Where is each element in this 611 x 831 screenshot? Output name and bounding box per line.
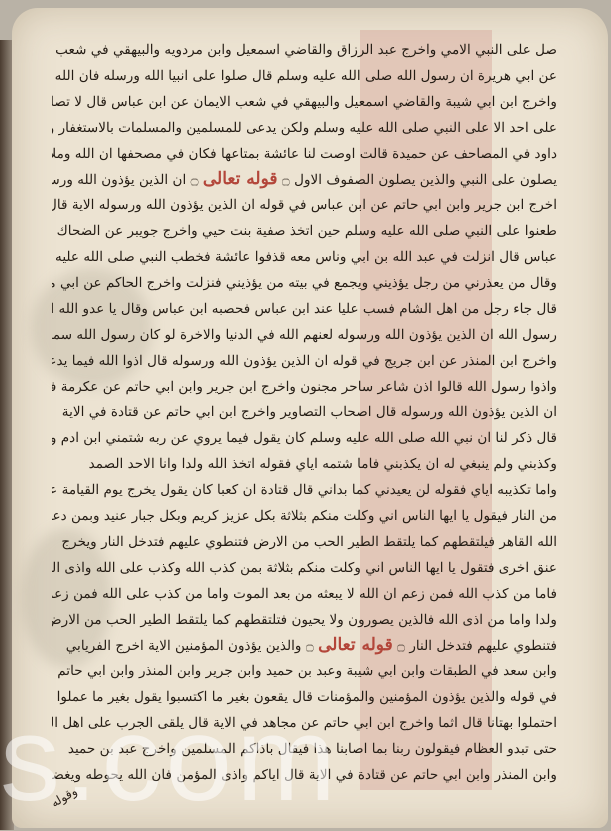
text-line: واخرج ابن المنذر عن ابن جريج في قوله ان … [52,349,557,375]
text-line: صل على النبي الامي واخرج عبد الرزاق والق… [52,38,557,64]
text-line: وكذبني ولم ينبغي له ان يكذبني فاما شتمه … [52,452,557,478]
text-line: واذوا رسول الله قالوا اذن شاعر ساحر مجنو… [52,375,557,401]
text-line: قال جاء رجل من اهل الشام فسب عليا عند اب… [52,297,557,323]
manuscript-text: صل على النبي الامي واخرج عبد الرزاق والق… [52,38,557,789]
text-line: واخرج ابن ابي شيبة والقاضي اسمعيل والبيه… [52,90,557,116]
text-line: واما تكذيبه اياي فقوله لن يعيدني كما بدا… [52,478,557,504]
text-line: وقال من يعذرني من رجل يؤذيني ويجمع في بي… [52,271,557,297]
text-line: الله القاهر فيلتقطهم كما يلتقط الطير الح… [52,530,557,556]
text-line: طعنوا على النبي صلى الله عليه وسلم حين ا… [52,219,557,245]
text-line: فتنطوي عليهم فتدخل النار ۝ قوله تعالى ۝ … [52,633,557,659]
text-line: يصلون على النبي والذين يصلون الصفوف الاو… [52,167,557,193]
text-line: عباس قال انزلت في عبد الله بن ابي وناس م… [52,245,557,271]
text-line: قال ذكر لنا ان نبي الله صلى الله عليه وس… [52,426,557,452]
text-line: فاما من كذب الله فمن زعم ان الله لا يبعث… [52,582,557,608]
text-line: اخرج ابن جرير وابن ابي حاتم عن ابن عباس … [52,193,557,219]
rubric-heading: قوله تعالى [318,635,393,655]
rubric-heading: قوله تعالى [203,169,278,189]
text-line: من النار فيقول يا ايها الناس اني وكلت من… [52,504,557,530]
text-line: داود في المصاحف عن حميدة قالت اوصت لنا ع… [52,142,557,168]
text-line: رسول الله ان الذين يؤذون الله ورسوله لعن… [52,323,557,349]
text-line: على احد الا على النبي صلى الله عليه وسلم… [52,116,557,142]
text-line: ان الذين يؤذون الله ورسوله قال اصحاب الت… [52,400,557,426]
watermark-text: s.com [0,690,340,828]
text-line: ولدا واما من اذى الله فالذين يصورون ولا … [52,608,557,634]
text-line: وابن سعد في الطبقات وابن ابي شيبة وعبد ب… [52,659,557,685]
text-line: عنق اخرى فتقول يا ايها الناس اني وكلت من… [52,556,557,582]
text-line: عن ابي هريرة ان رسول الله صلى الله عليه … [52,64,557,90]
